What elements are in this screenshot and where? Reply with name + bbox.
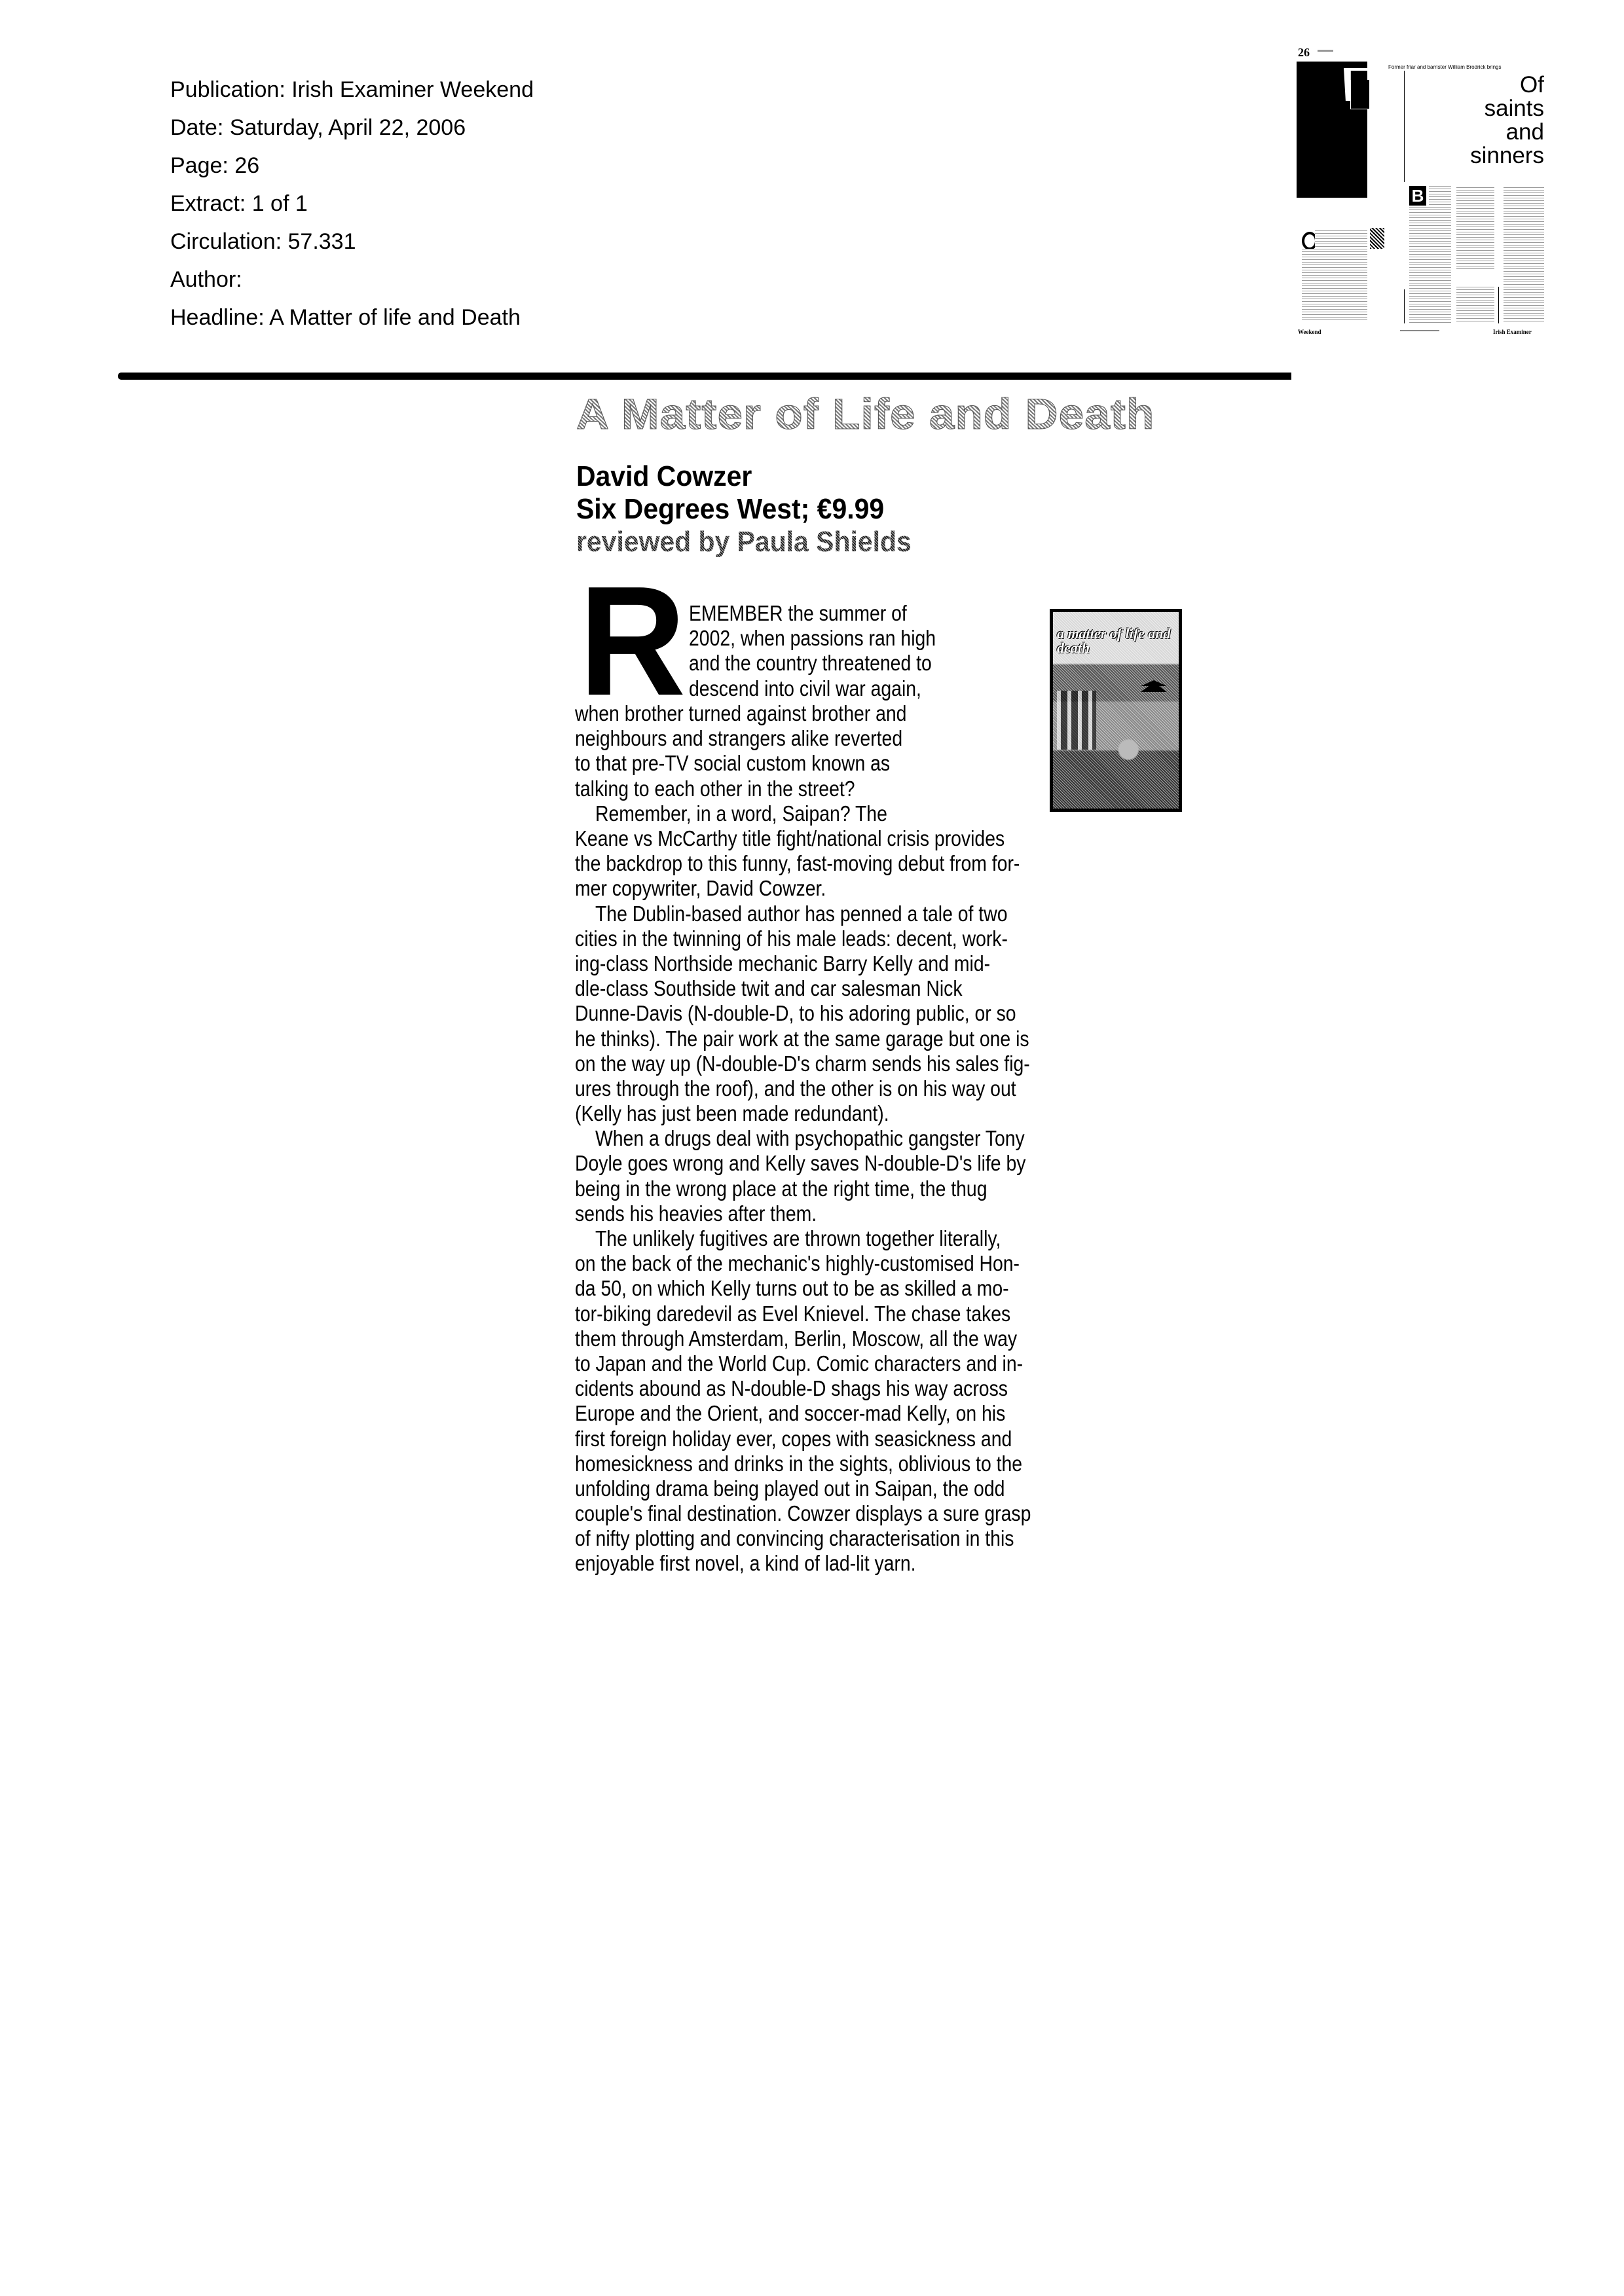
article-body-mid: when brother turned against brother and … (575, 701, 906, 826)
thumbnail-footer-left: Weekend (1298, 329, 1321, 335)
thumbnail-headline-line: and (1470, 120, 1544, 144)
thumbnail-page-number: 26 (1298, 46, 1310, 60)
body-line: cities in the twinning of his male leads… (575, 926, 1031, 951)
book-cover-image: a matter of life and death (1050, 609, 1182, 812)
body-line: when brother turned against brother and (575, 701, 906, 726)
body-line: Europe and the Orient, and soccer-mad Ke… (575, 1401, 1031, 1426)
thumbnail-section-label (1318, 50, 1333, 52)
body-line: cidents abound as N-double-D shags his w… (575, 1376, 1031, 1401)
thumbnail-text-column (1315, 230, 1367, 249)
body-line: neighbours and strangers alike reverted (575, 726, 906, 751)
thumbnail-text-column (1302, 249, 1367, 322)
thumbnail-photo-inset (1350, 80, 1369, 109)
thumbnail-column-rule (1404, 289, 1405, 323)
thumbnail-drop-cap-b: B (1409, 186, 1426, 206)
clipping-metadata: Publication: Irish Examiner Weekend Date… (170, 71, 534, 337)
thumbnail-kicker: Former friar and barrister William Brodr… (1388, 64, 1501, 70)
body-line: The unlikely fugitives are thrown togeth… (575, 1226, 1031, 1251)
date-field: Date: Saturday, April 22, 2006 (170, 109, 534, 147)
body-line: Dunne-Davis (N-double-D, to his adoring … (575, 1001, 1031, 1026)
thumbnail-footer-right: Irish Examiner (1493, 329, 1532, 335)
body-line: homesickness and drinks in the sights, o… (575, 1451, 1031, 1476)
body-line: on the way up (N-double-D's charm sends … (575, 1051, 1031, 1076)
thumbnail-text-column (1504, 187, 1544, 323)
thumbnail-text-column (1409, 207, 1451, 325)
body-line: Keane vs McCarthy title fight/national c… (575, 826, 1031, 851)
thumbnail-headline-line: sinners (1470, 144, 1544, 168)
header-divider (118, 373, 1291, 380)
body-line: couple's final destination. Cowzer displ… (575, 1501, 1031, 1526)
cover-pagoda (1141, 680, 1167, 700)
body-line: unfolding drama being played out in Saip… (575, 1476, 1031, 1501)
body-line: and the country threatened to (689, 651, 936, 676)
body-line: to that pre-TV social custom known as (575, 751, 906, 776)
article-body-intro: EMEMBER the summer of 2002, when passion… (689, 601, 936, 701)
body-line: the backdrop to this funny, fast-moving … (575, 851, 1031, 876)
drop-cap: R (579, 576, 686, 707)
body-line: ures through the roof), and the other is… (575, 1076, 1031, 1101)
body-line: he thinks). The pair work at the same ga… (575, 1027, 1031, 1051)
body-line: on the back of the mechanic's highly-cus… (575, 1251, 1031, 1276)
headline-field: Headline: A Matter of life and Death (170, 299, 534, 337)
thumbnail-column-rule (1404, 71, 1405, 182)
body-line: of nifty plotting and convincing charact… (575, 1526, 1031, 1551)
thumbnail-text-column (1429, 186, 1451, 206)
body-line: EMEMBER the summer of (689, 601, 936, 626)
book-author: David Cowzer (576, 460, 752, 494)
page-thumbnail: 26 Former friar and barrister William Br… (1295, 41, 1551, 348)
extract-field: Extract: 1 of 1 (170, 185, 534, 223)
body-line: Doyle goes wrong and Kelly saves N-doubl… (575, 1151, 1031, 1176)
publication-field: Publication: Irish Examiner Weekend (170, 71, 534, 109)
article-body-main: Keane vs McCarthy title fight/national c… (575, 826, 1031, 1576)
circulation-field: Circulation: 57.331 (170, 223, 534, 261)
thumbnail-text-column (1456, 287, 1494, 323)
body-line: sends his heavies after them. (575, 1201, 1031, 1226)
thumbnail-text-column (1456, 187, 1494, 271)
article-title: A Matter of Life and Death (576, 389, 1154, 439)
body-line: (Kelly has just been made redundant). (575, 1101, 1031, 1126)
body-line: to Japan and the World Cup. Comic charac… (575, 1351, 1031, 1376)
thumbnail-book-cover (1370, 228, 1384, 249)
cover-title: a matter of life and death (1057, 627, 1179, 655)
body-line: 2002, when passions ran high (689, 626, 936, 651)
body-line: The Dublin-based author has penned a tal… (575, 902, 1031, 926)
thumbnail-headline-line: saints (1470, 97, 1544, 120)
body-line: being in the wrong place at the right ti… (575, 1176, 1031, 1201)
cover-buildings (1057, 691, 1096, 750)
thumbnail-photo (1297, 62, 1367, 198)
thumbnail-column-rule (1498, 287, 1499, 323)
body-line: mer copywriter, David Cowzer. (575, 876, 1031, 901)
body-line: enjoyable first novel, a kind of lad-lit… (575, 1551, 1031, 1576)
book-publisher-price: Six Degrees West; €9.99 (576, 492, 884, 526)
page-field: Page: 26 (170, 147, 534, 185)
thumbnail-headline: Of saints and sinners (1470, 73, 1544, 168)
thumbnail-headline-line: Of (1470, 73, 1544, 97)
body-line: Remember, in a word, Saipan? The (575, 801, 906, 826)
body-line: da 50, on which Kelly turns out to be as… (575, 1276, 1031, 1301)
book-cover-artwork: a matter of life and death (1053, 612, 1179, 809)
thumbnail-footer-date (1400, 330, 1439, 331)
body-line: dle-class Southside twit and car salesma… (575, 976, 1031, 1001)
body-line: descend into civil war again, (689, 676, 936, 701)
body-line: talking to each other in the street? (575, 776, 906, 801)
body-line: first foreign holiday ever, copes with s… (575, 1427, 1031, 1451)
body-line: When a drugs deal with psychopathic gang… (575, 1126, 1031, 1151)
body-line: tor-biking daredevil as Evel Knievel. Th… (575, 1302, 1031, 1326)
author-field: Author: (170, 261, 534, 299)
body-line: them through Amsterdam, Berlin, Moscow, … (575, 1326, 1031, 1351)
body-line: ing-class Northside mechanic Barry Kelly… (575, 951, 1031, 976)
